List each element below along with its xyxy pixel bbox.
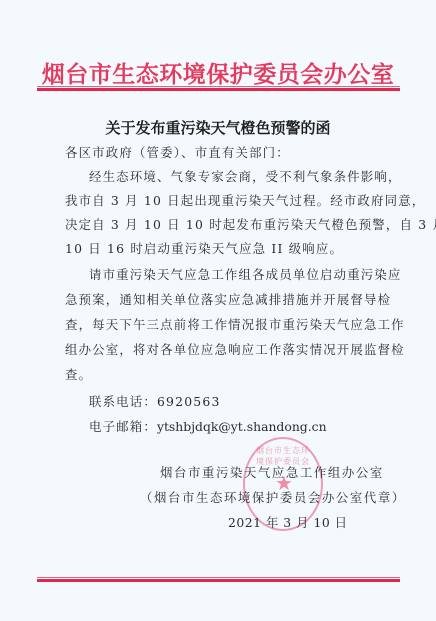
paragraph-2-line-2: 急预案，通知相关单位落实应急减排措施并开展督导检 [65,290,391,308]
salutation: 各区市政府（管委）、市直有关部门： [65,143,290,161]
paragraph-1-line-1: 经生态环境、气象专家会商，受不利气象条件影响， [89,167,402,185]
letterhead-divider [37,86,400,91]
paragraph-1-line-3: 决定自 3 月 10 日 10 时起发布重污染天气橙色预警，自 3 月 [65,215,436,233]
contact-email: 电子邮箱：ytshbjdqk@yt.shandong.cn [89,417,327,435]
signature-issuer: 烟台市重污染天气应急工作组办公室 [160,463,384,481]
signature-date: 2021 年 3 月 10 日 [228,513,348,531]
contact-phone-label: 联系电话： [89,394,157,409]
contact-email-value: ytshbjdqk@yt.shandong.cn [157,419,327,434]
signature-seal-note: （烟台市生态环境保护委员会办公室代章） [140,488,406,506]
footer-divider [37,577,400,582]
letterhead-org-name: 烟台市生态环境保护委员会办公室 [36,56,400,89]
paragraph-2-line-4: 组办公室，将对各单位应急响应工作落实情况开展监督检 [65,340,405,358]
document-page: 烟台市生态环境保护委员会办公室 关于发布重污染天气橙色预警的函 各区市政府（管委… [0,0,436,621]
paragraph-1-line-4: 10 日 16 时启动重污染天气应急 II 级响应。 [65,239,343,257]
paragraph-1-line-2: 我市自 3 月 10 日起出现重污染天气过程。经市政府同意， [65,191,425,209]
contact-phone: 联系电话：6920563 [89,392,221,410]
contact-email-label: 电子邮箱： [89,419,157,434]
paragraph-2-line-5: 查。 [65,365,92,383]
paragraph-2-line-1: 请市重污染天气应急工作组各成员单位启动重污染应 [89,265,402,283]
contact-phone-value: 6920563 [157,394,221,409]
document-title: 关于发布重污染天气橙色预警的函 [0,117,436,138]
paragraph-2-line-3: 查，每天下午三点前将工作情况报市重污染天气应急工作 [65,315,405,333]
